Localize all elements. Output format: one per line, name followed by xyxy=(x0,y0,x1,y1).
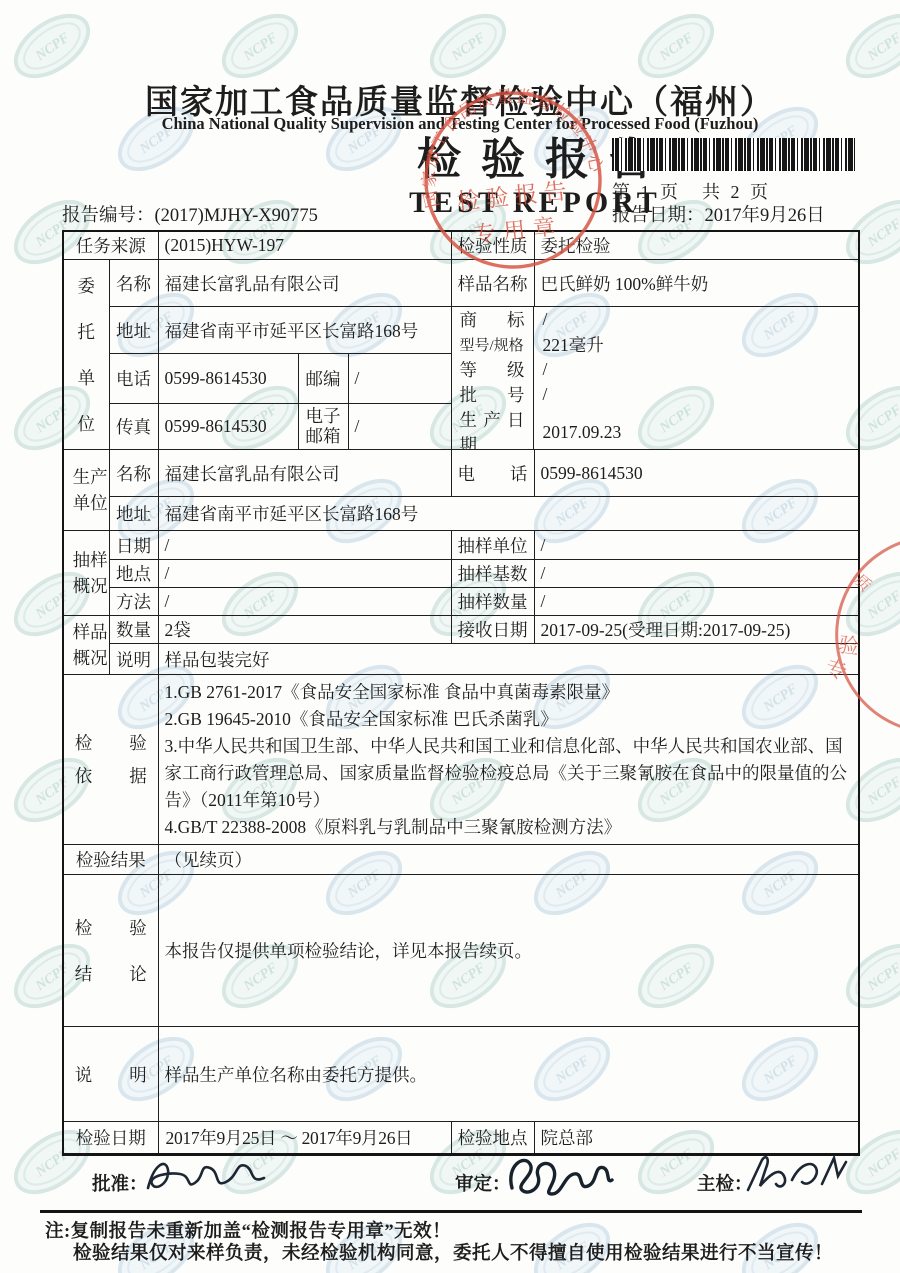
model-spec-value: 221毫升 xyxy=(534,332,859,357)
basis-item: 1.GB 2761-2017《食品安全国家标准 食品中真菌毒素限量》 xyxy=(165,679,853,706)
producer-name-label: 名称 xyxy=(109,450,158,497)
sampling-base-label: 抽样基数 xyxy=(451,560,534,588)
sampling-place-label: 地点 xyxy=(109,560,158,588)
sampling-method-label: 方法 xyxy=(109,588,158,616)
client-phone-value: 0599-8614530 xyxy=(158,354,298,403)
trademark-label: 商标 xyxy=(452,307,534,332)
barcode-image xyxy=(612,138,855,171)
footer-note-2: 检验结果仅对来样负责，未经检验机构同意，委托人不得擅自使用检验结果进行不当宣传！ xyxy=(73,1239,833,1265)
report-date-value: 2017年9月26日 xyxy=(705,206,825,226)
basis-items: 1.GB 2761-2017《食品安全国家标准 食品中真菌毒素限量》 2.GB … xyxy=(158,675,859,845)
conclusion-value: 本报告仅提供单项检验结论，详见本报告续页。 xyxy=(158,875,859,1027)
partial-seal-char-3: 专 xyxy=(823,655,850,684)
seal-line1: 检验报告 xyxy=(456,178,574,215)
producer-address-value: 福建省南平市延平区长富路168号 xyxy=(158,497,859,531)
sampling-qty-value: / xyxy=(534,588,859,616)
report-number: 报告编号：(2017)MJHY-X90775 xyxy=(62,201,318,227)
client-fax-value: 0599-8614530 xyxy=(158,403,298,449)
sample-desc-value: 样品包装完好 xyxy=(158,644,859,675)
report-date: 报告日期：2017年9月26日 xyxy=(612,201,825,227)
receive-date-value: 2017-09-25(受理日期:2017-09-25) xyxy=(534,616,859,644)
production-date-value: 2017.09.23 xyxy=(534,407,859,450)
row-sampling-date: 抽样概况 日期 / 抽样单位 / xyxy=(63,531,859,560)
approve-signature xyxy=(140,1152,270,1202)
client-address-value: 福建省南平市延平区长富路168号 xyxy=(158,307,451,354)
basis-item: 4.GB/T 22388-2008《原料乳与乳制品中三聚氰胺检测方法》 xyxy=(165,814,853,841)
row-sampling-method: 方法 / 抽样数量 / xyxy=(63,588,859,616)
row-producer-address: 地址 福建省南平市延平区长富路168号 xyxy=(63,497,859,531)
sampling-qty-label: 抽样数量 xyxy=(451,588,534,616)
sampling-method-value: / xyxy=(158,588,451,616)
client-email-value: / xyxy=(348,403,451,449)
task-source-label: 任务来源 xyxy=(63,231,158,260)
partial-seal-char-2: 验 xyxy=(837,632,861,659)
batch-value: / xyxy=(534,382,859,407)
client-phone-label: 电话 xyxy=(109,354,158,403)
model-spec-label: 型号/规格 xyxy=(452,332,534,357)
producer-name-value: 福建长富乳品有限公司 xyxy=(158,450,451,497)
conclusion-label: 检验 结论 xyxy=(63,875,158,1027)
partial-seal-stamp: 质 验 专 xyxy=(813,528,900,733)
production-date-label: 生产日期 xyxy=(452,407,534,450)
seal-line2: 专用章 xyxy=(472,213,564,247)
partial-seal-char-1: 质 xyxy=(850,571,874,595)
sample-qty-label: 数量 xyxy=(109,616,158,644)
row-sample-qty: 样品概况 数量 2袋 接收日期 2017-09-25(受理日期:2017-09-… xyxy=(63,616,859,644)
result-label: 检验结果 xyxy=(63,845,158,875)
producer-phone-value: 0599-8614530 xyxy=(534,450,859,497)
batch-label: 批号 xyxy=(452,382,534,407)
client-group-label: 委托单位 xyxy=(63,260,109,450)
sampling-base-value: / xyxy=(534,560,859,588)
row-result: 检验结果 （见续页） xyxy=(63,845,859,875)
official-seal-stamp: 国家加工食品质量监督检验中心 检验报告 专用章 xyxy=(413,82,613,278)
sampling-group-label: 抽样概况 xyxy=(63,531,109,616)
test-report-page: NCPF NCPF 国家加工食品质量监督检验中心（福州） China Natio… xyxy=(0,0,900,1273)
remark-label: 说明 xyxy=(63,1027,158,1122)
review-signature xyxy=(498,1148,616,1204)
row-conclusion: 检验 结论 本报告仅提供单项检验结论，详见本报告续页。 xyxy=(63,875,859,1027)
client-email-label: 电子邮箱 xyxy=(298,403,348,449)
client-zip-label: 邮编 xyxy=(298,354,348,403)
row-basis: 检验 依据 1.GB 2761-2017《食品安全国家标准 食品中真菌毒素限量》… xyxy=(63,675,859,845)
row-client-address: 地址 福建省南平市延平区长富路168号 商标 / 型号/规格 221毫升 等级 … xyxy=(63,307,859,354)
row-producer-name: 生产单位 名称 福建长富乳品有限公司 电话 0599-8614530 xyxy=(63,450,859,497)
sample-spec-block: 商标 / 型号/规格 221毫升 等级 / 批号 / 生产日期 2017.09.… xyxy=(451,307,859,450)
basis-label: 检验 依据 xyxy=(63,675,158,845)
task-source-value: (2015)HYW-197 xyxy=(158,231,451,260)
sampling-unit-value: / xyxy=(534,531,859,560)
report-table: 任务来源 (2015)HYW-197 检验性质 委托检验 委托单位 名称 福建长… xyxy=(62,230,860,1156)
sampling-place-value: / xyxy=(158,560,451,588)
report-number-label: 报告编号： xyxy=(62,206,155,226)
row-sampling-place: 地点 / 抽样基数 / xyxy=(63,560,859,588)
producer-group-label: 生产单位 xyxy=(63,450,109,531)
sampling-date-value: / xyxy=(158,531,451,560)
receive-date-label: 接收日期 xyxy=(451,616,534,644)
remark-value: 样品生产单位名称由委托方提供。 xyxy=(158,1027,859,1122)
row-sample-desc: 说明 样品包装完好 xyxy=(63,644,859,675)
basis-item: 2.GB 19645-2010《食品安全国家标准 巴氏杀菌乳》 xyxy=(165,706,853,733)
test-date-label: 检验日期 xyxy=(63,1122,158,1155)
client-address-label: 地址 xyxy=(109,307,158,354)
client-zip-value: / xyxy=(348,354,451,403)
client-name-label: 名称 xyxy=(109,260,158,307)
test-date-value: 2017年9月25日 ～ 2017年9月26日 xyxy=(158,1122,451,1155)
grade-label: 等级 xyxy=(452,357,534,382)
result-value: （见续页） xyxy=(158,845,859,875)
report-number-value: (2017)MJHY-X90775 xyxy=(155,206,318,226)
basis-item: 3.中华人民共和国卫生部、中华人民共和国工业和信息化部、中华人民共和国农业部、国… xyxy=(165,733,853,814)
sample-desc-label: 说明 xyxy=(109,644,158,675)
producer-address-label: 地址 xyxy=(109,497,158,531)
sampling-unit-label: 抽样单位 xyxy=(451,531,534,560)
chief-signature xyxy=(740,1148,850,1204)
client-fax-label: 传真 xyxy=(109,403,158,449)
sampling-date-label: 日期 xyxy=(109,531,158,560)
producer-phone-label: 电话 xyxy=(451,450,534,497)
trademark-value: / xyxy=(534,307,859,332)
sample-overview-group-label: 样品概况 xyxy=(63,616,109,675)
client-name-value: 福建长富乳品有限公司 xyxy=(158,260,451,307)
footer-divider xyxy=(40,1210,862,1213)
row-remark: 说明 样品生产单位名称由委托方提供。 xyxy=(63,1027,859,1122)
report-date-label: 报告日期： xyxy=(612,206,705,226)
sample-qty-value: 2袋 xyxy=(158,616,451,644)
grade-value: / xyxy=(534,357,859,382)
